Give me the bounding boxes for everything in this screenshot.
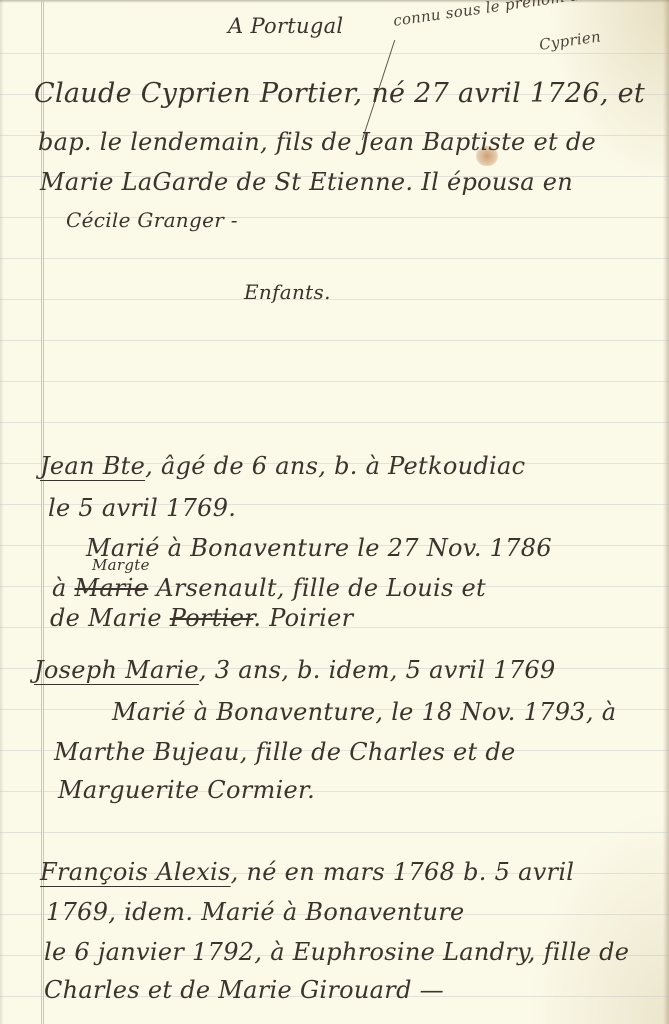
parent-line-1: Claude Cyprien Portier, né 27 avril 1726…: [34, 78, 645, 109]
notebook-page: A Portugal connu sous le prénom de Cypri…: [0, 0, 669, 1024]
child-2-line-1: Joseph Marie, 3 ans, b. idem, 5 avril 17…: [34, 656, 556, 684]
child-3-line-1: François Alexis, né en mars 1768 b. 5 av…: [40, 858, 574, 886]
child-1-marriage-line-3: de Marie Portier. Poirier: [50, 604, 353, 632]
child-2-details: , 3 ans, b. idem, 5 avril 1769: [199, 656, 556, 684]
text: . Poirier: [253, 604, 353, 632]
prefix: à: [52, 574, 67, 602]
text: Arsenault, fille de Louis et: [156, 574, 486, 602]
note-portugal: A Portugal: [228, 14, 343, 38]
child-2-marriage-line-1: Marié à Bonaventure, le 18 Nov. 1793, à: [112, 698, 616, 726]
parent-line-2: bap. le lendemain, fils de Jean Baptiste…: [38, 128, 596, 156]
child-1-name: Jean Bte: [40, 452, 145, 480]
child-3-details: , né en mars 1768 b. 5 avril: [231, 858, 575, 886]
prefix: de Marie: [50, 604, 162, 632]
child-1-marriage-line-1: Marié à Bonaventure le 27 Nov. 1786: [86, 534, 552, 562]
struck-word: Portier: [170, 604, 254, 632]
child-1-line-1: Jean Bte, âgé de 6 ans, b. à Petkoudiac: [40, 452, 525, 480]
child-1-marriage-line-2: à Marie Arsenault, fille de Louis et: [52, 574, 486, 602]
child-1-details: , âgé de 6 ans, b. à Petkoudiac: [145, 452, 525, 480]
child-2-marriage-line-3: Marguerite Cormier.: [58, 776, 315, 804]
child-3-line-4: Charles et de Marie Girouard —: [44, 976, 444, 1004]
child-3-line-2: 1769, idem. Marié à Bonaventure: [46, 898, 465, 926]
child-2-name: Joseph Marie: [34, 656, 199, 684]
child-3-line-3: le 6 janvier 1792, à Euphrosine Landry, …: [44, 938, 629, 966]
child-1-line-2: le 5 avril 1769.: [48, 494, 236, 522]
parent-line-4: Cécile Granger -: [66, 208, 238, 232]
child-1-marriage-insert: Margte: [92, 556, 150, 574]
parent-line-3: Marie LaGarde de St Etienne. Il épousa e…: [40, 168, 573, 196]
child-2-marriage-line-2: Marthe Bujeau, fille de Charles et de: [54, 738, 516, 766]
children-heading: Enfants.: [244, 280, 331, 304]
child-3-name: François Alexis: [40, 858, 231, 886]
struck-word: Marie: [75, 574, 149, 602]
